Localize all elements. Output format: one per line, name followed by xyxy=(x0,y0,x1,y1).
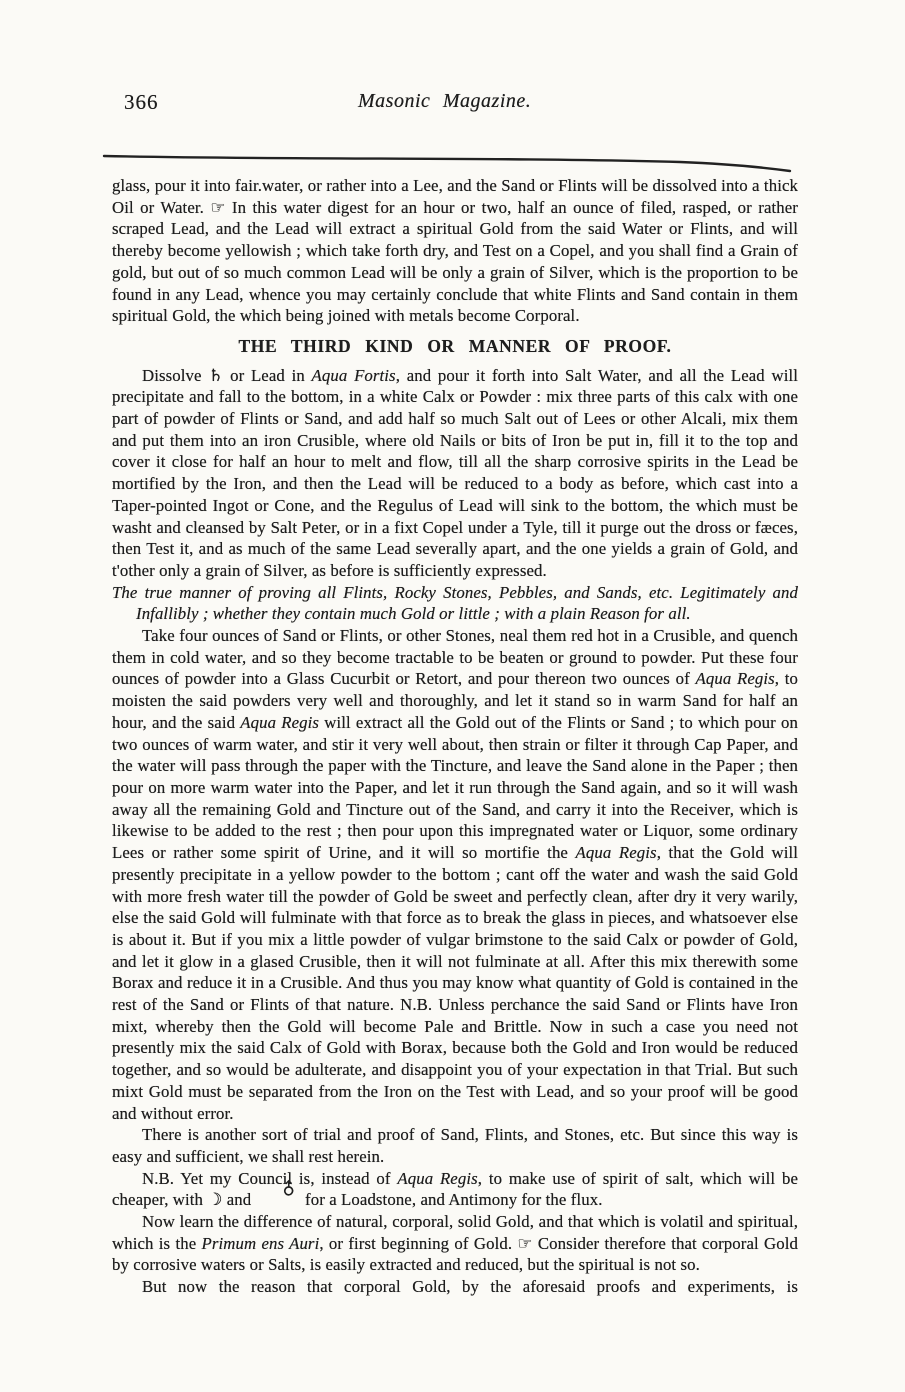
text-segment: , that the Gold will presently precipita… xyxy=(112,843,798,1122)
paragraph-nb-council: N.B. Yet my Council is, instead of Aqua … xyxy=(112,1168,798,1211)
continued-paragraph: glass, pour it into fair.water, or rathe… xyxy=(112,175,798,327)
header-rule xyxy=(100,148,796,176)
text-segment: or Lead in xyxy=(223,366,311,385)
text-segment: will extract all the Gold out of the Fli… xyxy=(112,713,798,862)
text-segment: THE THIRD KIND OR MANNER OF PROOF. xyxy=(238,336,671,356)
page-number: 366 xyxy=(124,90,159,115)
text-segment: There is another sort of trial and proof… xyxy=(112,1125,798,1166)
scanned-magazine-page: 366 Masonic Magazine. glass, pour it int… xyxy=(0,0,905,1392)
paragraph-but-now: But now the reason that corporal Gold, b… xyxy=(112,1276,798,1298)
moon-silver-symbol: ☽ xyxy=(207,1189,222,1209)
text-segment: Aqua Regis xyxy=(695,669,774,688)
text-segment: Aqua Regis xyxy=(397,1169,477,1188)
text-segment: Dissolve xyxy=(142,366,208,385)
text-segment: But now the reason that corporal Gold, b… xyxy=(142,1277,798,1296)
text-segment: , and pour it forth into Salt Water, and… xyxy=(112,366,798,580)
text-segment: for a Loadstone, and Antimony for the fl… xyxy=(301,1190,603,1209)
paragraph-dissolve-lead: Dissolve ♄ or Lead in Aqua Fortis, and p… xyxy=(112,365,798,582)
italic-subheading: The true manner of proving all Flints, R… xyxy=(112,582,798,625)
manicule-icon: ☞ xyxy=(517,1233,532,1253)
text-segment: , or first beginning of Gold. xyxy=(319,1234,517,1253)
text-segment: Aqua Fortis xyxy=(312,366,396,385)
journal-title: Masonic Magazine. xyxy=(358,90,531,113)
page-text: glass, pour it into fair.water, or rathe… xyxy=(112,175,798,1298)
saturn-lead-symbol: ♄ xyxy=(208,365,223,385)
paragraph-now-learn: Now learn the difference of natural, cor… xyxy=(112,1211,798,1276)
paragraph-take-four-ounces: Take four ounces of Sand or Flints, or o… xyxy=(112,625,798,1124)
text-segment: N.B. Yet my Council is, instead of xyxy=(142,1169,397,1188)
manicule-icon: ☞ xyxy=(210,197,225,217)
text-segment: Aqua Regis xyxy=(240,713,319,732)
header-rule-line xyxy=(100,148,796,176)
text-segment: Aqua Regis xyxy=(576,843,657,862)
text-segment: The true manner of proving all Flints, R… xyxy=(112,583,798,624)
text-segment: Primum ens Auri xyxy=(202,1234,320,1253)
text-segment: and xyxy=(222,1190,255,1209)
section-heading: THE THIRD KIND OR MANNER OF PROOF. xyxy=(112,336,798,358)
paragraph-another-trial: There is another sort of trial and proof… xyxy=(112,1124,798,1167)
